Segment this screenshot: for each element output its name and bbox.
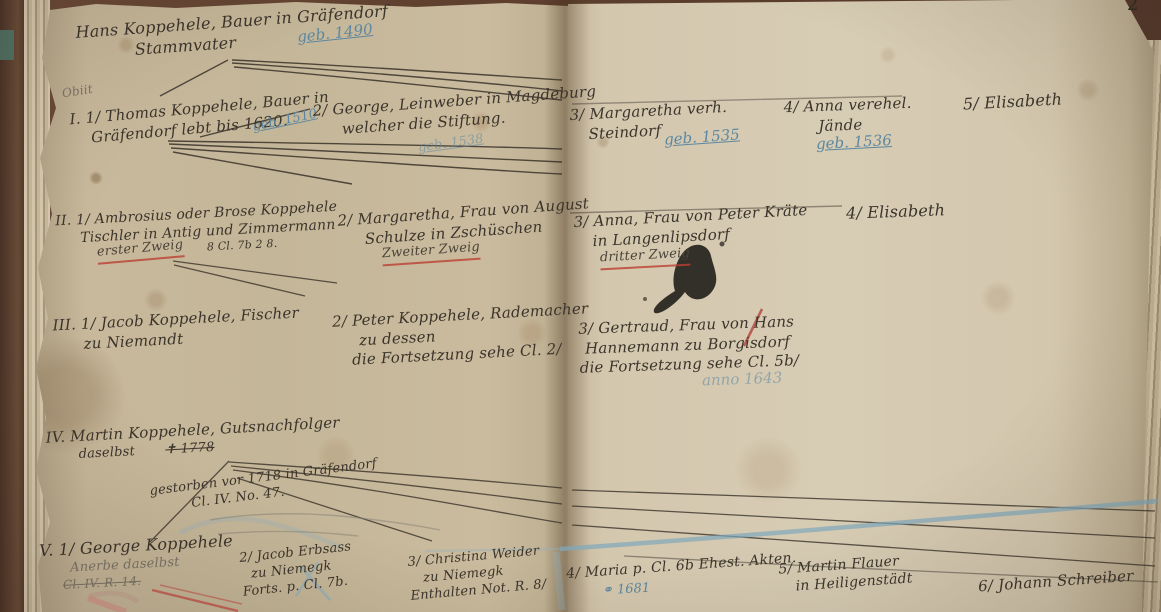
entry-gen1-anna: 4/ Anna verehel. Jände	[783, 94, 912, 137]
blue-marriage-annotation: ⚭ 1681	[602, 581, 651, 598]
teal-edge-mark	[0, 30, 14, 60]
page-number: 2	[1127, 0, 1138, 15]
genealogy-register-photo: Hans Koppehele, Bauer in Gräfendorf Stam…	[0, 0, 1161, 612]
struck-through-date: ✝ 1778	[165, 439, 215, 457]
handwriting-word: daselbst	[78, 444, 135, 462]
entry-gen2-elisabeth: 4/ Elisabeth	[846, 200, 946, 224]
blue-date-annotation: anno 1643	[702, 369, 783, 390]
entry-gen5-george: V. 1/ George Koppehele Anerbe daselbst C…	[39, 531, 235, 594]
right-page	[568, 0, 1158, 612]
handwriting-line: 4/ Elisabeth	[846, 200, 946, 224]
